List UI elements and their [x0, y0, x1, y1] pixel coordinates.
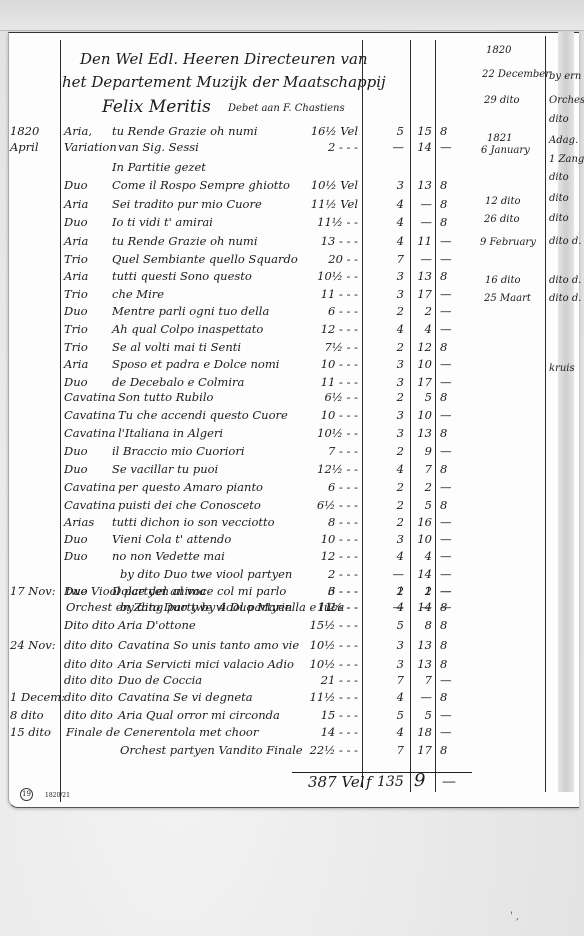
entry-guilders: 4 — [380, 551, 404, 563]
right-date: 1820 — [486, 46, 511, 56]
entry-guilders: 3 — [380, 377, 404, 389]
entry-guilders: 4 — [380, 727, 404, 739]
entry-penningen: 8 — [440, 392, 447, 404]
entry-type: Duo — [64, 464, 88, 476]
entry-stuivers: 10 — [410, 359, 432, 371]
entry-penningen: — — [440, 710, 452, 722]
entry-amount: 7½ - - — [300, 342, 358, 354]
entry-penningen: — — [440, 517, 452, 529]
entry-penningen: 8 — [440, 602, 447, 614]
entry-title: che Mire — [112, 289, 164, 301]
entry-stuivers: 2 — [410, 306, 432, 318]
entry-title: Come il Rospo Sempre ghiotto — [112, 180, 290, 192]
entry-guilders: 4 — [380, 464, 404, 476]
entry-penningen: — — [440, 236, 452, 248]
entry-penningen: — — [440, 534, 452, 546]
entry-amount: 2 - - - — [300, 142, 358, 154]
entry-penningen: 8 — [440, 692, 447, 704]
entry-stuivers: 4 — [410, 551, 432, 563]
entry-guilders: 2 — [380, 482, 404, 494]
right-note: dito — [549, 214, 569, 224]
right-note: dito d. — [549, 237, 581, 247]
header-line-2: het Departement Muzijk der Maatschappij — [62, 75, 386, 90]
entry-type: Aria — [64, 271, 88, 283]
entry-type: Trio — [64, 254, 88, 266]
entry-guilders: 2 — [380, 392, 404, 404]
entry-stuivers: 16 — [410, 517, 432, 529]
stuiver-rule — [435, 40, 436, 792]
entry-penningen: — — [440, 586, 452, 598]
entry-penningen: 8 — [440, 342, 447, 354]
entry-guilders: 4 — [380, 692, 404, 704]
entry-title: Cavatina So unis tanto amo vie — [118, 640, 299, 652]
entry-stuivers: — — [410, 217, 432, 229]
entry-date: 1820 — [10, 126, 39, 138]
entry-amount: 10½ - - - — [300, 640, 358, 652]
entry-amount: 2 - - - — [300, 569, 358, 581]
right-note: kruis — [549, 364, 575, 374]
entry-date: 17 Nov: — [10, 586, 56, 598]
entry-amount: 13 - - - — [300, 236, 358, 248]
entry-guilders: 2 — [380, 517, 404, 529]
entry-title: no non Vedette mai — [112, 551, 225, 563]
entry-title: Aria Qual orror mi circonda — [118, 710, 280, 722]
entry-stuivers: 10 — [410, 410, 432, 422]
entry-stuivers: 5 — [410, 500, 432, 512]
total-amount: 387 Vel — [308, 775, 365, 790]
entry-stuivers: 17 — [410, 377, 432, 389]
entry-type: dito dito — [64, 675, 113, 687]
total-guilders: 135 — [377, 775, 404, 789]
entry-penningen: 8 — [440, 126, 447, 138]
entry-penningen: 8 — [440, 217, 447, 229]
entry-title: de Decebalo e Colmira — [112, 377, 244, 389]
entry-amount: 10½ Vel — [300, 180, 358, 192]
entry-amount: 21 - - - — [300, 675, 358, 687]
entry-type: Arias — [64, 517, 94, 529]
right-date: 1821 — [487, 134, 512, 144]
right-date: 9 February — [480, 238, 536, 248]
entry-amount: 12½ - - — [300, 464, 358, 476]
entry-penningen: — — [440, 727, 452, 739]
right-note: 1 Zang — [549, 155, 584, 165]
entry-guilders: 2 — [380, 500, 404, 512]
entry-amount: 10½ - - - — [300, 659, 358, 671]
entry-stuivers: 17 — [410, 745, 432, 757]
entry-type: Aria — [64, 199, 88, 211]
entry-stuivers: 14 — [410, 569, 432, 581]
entry-guilders: 3 — [380, 640, 404, 652]
header-debet: Debet aan F. Chastiens — [228, 104, 345, 114]
entry-stuivers: 10 — [410, 534, 432, 546]
entry-type: Trio — [64, 324, 88, 336]
entry-stuivers: 15 — [410, 126, 432, 138]
entry-stuivers: 8 — [410, 620, 432, 632]
right-date: 12 dito — [485, 197, 521, 207]
right-date: 22 December — [482, 70, 550, 80]
entry-type: Duo — [64, 534, 88, 546]
entry-type: dito dito — [64, 659, 113, 671]
entry-type: Duo — [64, 551, 88, 563]
entry-stuivers: 13 — [410, 640, 432, 652]
entry-penningen: — — [440, 254, 452, 266]
right-note: dito — [549, 173, 569, 183]
entry-guilders: 3 — [380, 659, 404, 671]
right-note: Adag. — [549, 136, 578, 146]
entry-stuivers: 12 — [410, 342, 432, 354]
entry-title: Sposo et padra e Dolce nomi — [112, 359, 279, 371]
entry-stuivers: 13 — [410, 180, 432, 192]
right-note: Orchest — [549, 96, 584, 106]
entry-amount: 20 - - — [300, 254, 358, 266]
entry-penningen: — — [440, 410, 452, 422]
entry-stuivers: 4 — [410, 324, 432, 336]
entry-title: tu Rende Grazie oh numi — [112, 126, 258, 138]
entry-amount: 10½ - - — [300, 428, 358, 440]
page-number-stamp: 19 — [20, 788, 33, 801]
entry-title: Sei tradito pur mio Cuore — [112, 199, 262, 211]
entry-penningen: — — [440, 446, 452, 458]
entry-stuivers: 7 — [410, 464, 432, 476]
entry-stuivers: — — [410, 602, 432, 614]
entry-type: Duo — [64, 217, 88, 229]
right-date: 25 Maart — [484, 294, 531, 304]
entry-stuivers: — — [410, 692, 432, 704]
right-note: dito — [549, 194, 569, 204]
entry-guilders: 2 — [380, 342, 404, 354]
entry-amount: 8 - - - — [300, 517, 358, 529]
total-stuivers: 9 — [414, 772, 425, 790]
entry-title: Aria D'ottone — [118, 620, 196, 632]
scan-top-edge — [0, 0, 584, 31]
entry-amount: 11½ - - - — [300, 692, 358, 704]
entry-penningen: — — [440, 482, 452, 494]
entry-type: dito dito — [64, 710, 113, 722]
entry-guilders: 7 — [380, 745, 404, 757]
entry-type: Aria — [64, 236, 88, 248]
entry-title: Cavatina Se vi degneta — [118, 692, 253, 704]
entry-guilders: 3 — [380, 289, 404, 301]
entry-guilders: 1 — [380, 586, 404, 598]
entry-stuivers: 1 — [410, 586, 432, 598]
header-name: Felix Meritis — [102, 99, 211, 116]
right-notes-clip: by ern Orchest dito Adag. 1 Zang dito di… — [547, 36, 584, 796]
total-penningen: — — [442, 775, 456, 789]
entry-type: Cavatina — [64, 428, 116, 440]
entry-title: tutti questi Sono questo — [112, 271, 252, 283]
entry-title: by dito Duo twe viool partyen — [120, 569, 292, 581]
entry-stuivers: 5 — [410, 392, 432, 404]
entry-penningen: 8 — [440, 745, 447, 757]
entry-amount: 15 - - - — [300, 710, 358, 722]
entry-type: Duo — [64, 446, 88, 458]
entry-amount: 11½ Vel — [300, 199, 358, 211]
entry-type: Aria, — [64, 126, 92, 138]
entry-title: Quel Sembiante quello Squardo — [112, 254, 298, 266]
entry-guilders: 3 — [380, 534, 404, 546]
entry-title: Se al volti mai ti Senti — [112, 342, 241, 354]
entry-amount: 11 - - - — [300, 289, 358, 301]
entry-penningen: — — [440, 675, 452, 687]
entry-title: puisti dei che Conosceto — [118, 500, 261, 512]
entry-type: Cavatina — [64, 392, 116, 404]
right-note: dito d. — [549, 294, 581, 304]
right-date: 26 dito — [484, 215, 520, 225]
entry-guilders: 4 — [380, 217, 404, 229]
right-note: dito — [549, 115, 569, 125]
entry-amount: 22½ - - - — [300, 745, 358, 757]
entry-type: Duo — [64, 180, 88, 192]
entry-title: l'Italiana in Algeri — [118, 428, 223, 440]
entry-penningen: — — [440, 551, 452, 563]
entry-guilders: 3 — [380, 410, 404, 422]
entry-amount: 6½ - - — [300, 392, 358, 404]
entry-amount: 14 - - - — [300, 727, 358, 739]
entry-amount: 12 - - - — [300, 551, 358, 563]
entry-type: Cavatina — [64, 410, 116, 422]
entry-guilders: 7 — [380, 675, 404, 687]
entry-amount: 10 - - - — [300, 410, 358, 422]
entry-guilders: 7 — [380, 254, 404, 266]
entry-penningen: 8 — [440, 199, 447, 211]
entry-title: Tu che accendi questo Cuore — [118, 410, 288, 422]
entry-guilders: — — [380, 142, 404, 154]
entry-guilders: 4 — [380, 199, 404, 211]
entry-penningen: — — [440, 359, 452, 371]
entry-title: van Sig. Sessi — [118, 142, 199, 154]
entry-guilders: 5 — [380, 710, 404, 722]
entry-stuivers: 13 — [410, 428, 432, 440]
entry-penningen: 8 — [440, 620, 447, 632]
entry-stuivers: 13 — [410, 659, 432, 671]
header-line-1: Den Wel Edl. Heeren Directeuren van — [80, 52, 368, 67]
entry-stuivers: 11 — [410, 236, 432, 248]
entry-guilders: 4 — [380, 324, 404, 336]
entry-type: Duo — [64, 377, 88, 389]
entry-title: Io ti vidi t' amirai — [112, 217, 213, 229]
entry-title: Ah qual Colpo inaspettato — [112, 324, 263, 336]
entry-penningen: — — [440, 324, 452, 336]
subheading: In Partitie gezet — [112, 162, 206, 174]
entry-title: Orchest partyen Vandito Finale — [120, 745, 303, 757]
entry-penningen: 8 — [440, 271, 447, 283]
right-column-rule — [545, 36, 546, 792]
entry-type: Dito dito — [64, 620, 115, 632]
entry-title: Aria Servicti mici valacio Adio — [118, 659, 294, 671]
right-note: dito d. — [549, 276, 581, 286]
entry-title: Mentre parli ogni tuo della — [112, 306, 269, 318]
entry-type: Aria — [64, 359, 88, 371]
entry-guilders: 3 — [380, 180, 404, 192]
entry-type: Duo — [64, 306, 88, 318]
archive-reference: 1820/21 — [45, 793, 70, 799]
scan-mark: ' , — [510, 912, 519, 922]
entry-title: per questo Amaro pianto — [118, 482, 263, 494]
right-date: 16 dito — [485, 276, 521, 286]
entry-date: 24 Nov: — [10, 640, 56, 652]
entry-title: il Braccio mio Cuoriori — [112, 446, 245, 458]
total-currency: f — [366, 775, 372, 790]
entry-title: tu Rende Grazie oh numi — [112, 236, 258, 248]
entry-type: dito dito — [64, 640, 113, 652]
entry-title: Finale de Cenerentola met choor — [66, 727, 258, 739]
entry-amount: 16½ Vel — [300, 126, 358, 138]
entry-stuivers: 7 — [410, 675, 432, 687]
entry-stuivers: 13 — [410, 271, 432, 283]
entry-date: 1 Decem: — [10, 692, 65, 704]
entry-type: Variation — [64, 142, 117, 154]
amount-rule — [362, 40, 363, 788]
entry-guilders: 3 — [380, 428, 404, 440]
entry-type: Cavatina — [64, 482, 116, 494]
entry-date: 8 dito — [10, 710, 44, 722]
entry-type: Cavatina — [64, 500, 116, 512]
entry-penningen: — — [440, 377, 452, 389]
entry-penningen: 8 — [440, 428, 447, 440]
entry-guilders: 3 — [380, 271, 404, 283]
entry-amount: 15½ - - - — [300, 620, 358, 632]
entry-guilders: 4 — [380, 236, 404, 248]
entry-title: Son tutto Rubilo — [118, 392, 213, 404]
entry-penningen: — — [440, 289, 452, 301]
entry-guilders: 4 — [380, 602, 404, 614]
entry-date: 15 dito — [10, 727, 51, 739]
right-date: 6 January — [481, 146, 530, 156]
entry-guilders: 2 — [380, 306, 404, 318]
entry-penningen: 8 — [440, 659, 447, 671]
entry-stuivers: 17 — [410, 289, 432, 301]
entry-title: twe Viool partyen al voce col mi parlo — [66, 586, 286, 598]
entry-amount: 6 - - - — [300, 482, 358, 494]
entry-amount: 12 - - - — [300, 324, 358, 336]
entry-title: Se vacillar tu puoi — [112, 464, 218, 476]
entry-title: Duo de Coccia — [118, 675, 202, 687]
entry-stuivers: — — [410, 199, 432, 211]
entry-penningen: 8 — [440, 500, 447, 512]
entry-type: Trio — [64, 342, 88, 354]
entry-penningen: 8 — [440, 640, 447, 652]
entry-amount: 10 - - - — [300, 359, 358, 371]
entry-amount: 3 - - - — [300, 586, 358, 598]
entry-stuivers: 2 — [410, 482, 432, 494]
entry-amount: 11½ - - — [300, 602, 358, 614]
entry-amount: 6 - - - — [300, 306, 358, 318]
entry-penningen: — — [440, 569, 452, 581]
right-date: 29 dito — [484, 96, 520, 106]
entry-stuivers: 18 — [410, 727, 432, 739]
entry-title: tutti dichon io son vecciotto — [112, 517, 275, 529]
entry-guilders: — — [380, 569, 404, 581]
entry-type: dito dito — [64, 692, 113, 704]
entry-stuivers: 9 — [410, 446, 432, 458]
entry-title: Vieni Cola t' attendo — [112, 534, 231, 546]
entry-stuivers: — — [410, 254, 432, 266]
entry-guilders: 2 — [380, 446, 404, 458]
entry-amount: 11 - - - — [300, 377, 358, 389]
entry-guilders: 5 — [380, 620, 404, 632]
entry-type: Trio — [64, 289, 88, 301]
entry-guilders: 3 — [380, 359, 404, 371]
entry-date: April — [10, 142, 39, 154]
entry-amount: 10½ - - — [300, 271, 358, 283]
entry-amount: 7 - - - — [300, 446, 358, 458]
entry-amount: 6½ - - - — [300, 500, 358, 512]
entry-amount: 10 - - - — [300, 534, 358, 546]
margin-rule — [60, 40, 61, 802]
entry-stuivers: 14 — [410, 142, 432, 154]
entry-penningen: — — [440, 142, 452, 154]
entry-penningen: 8 — [440, 464, 447, 476]
entry-penningen: 8 — [440, 180, 447, 192]
entry-amount: 11½ - - — [300, 217, 358, 229]
entry-stuivers: 5 — [410, 710, 432, 722]
entry-guilders: 5 — [380, 126, 404, 138]
entry-penningen: — — [440, 306, 452, 318]
right-note: by ern — [549, 72, 581, 82]
